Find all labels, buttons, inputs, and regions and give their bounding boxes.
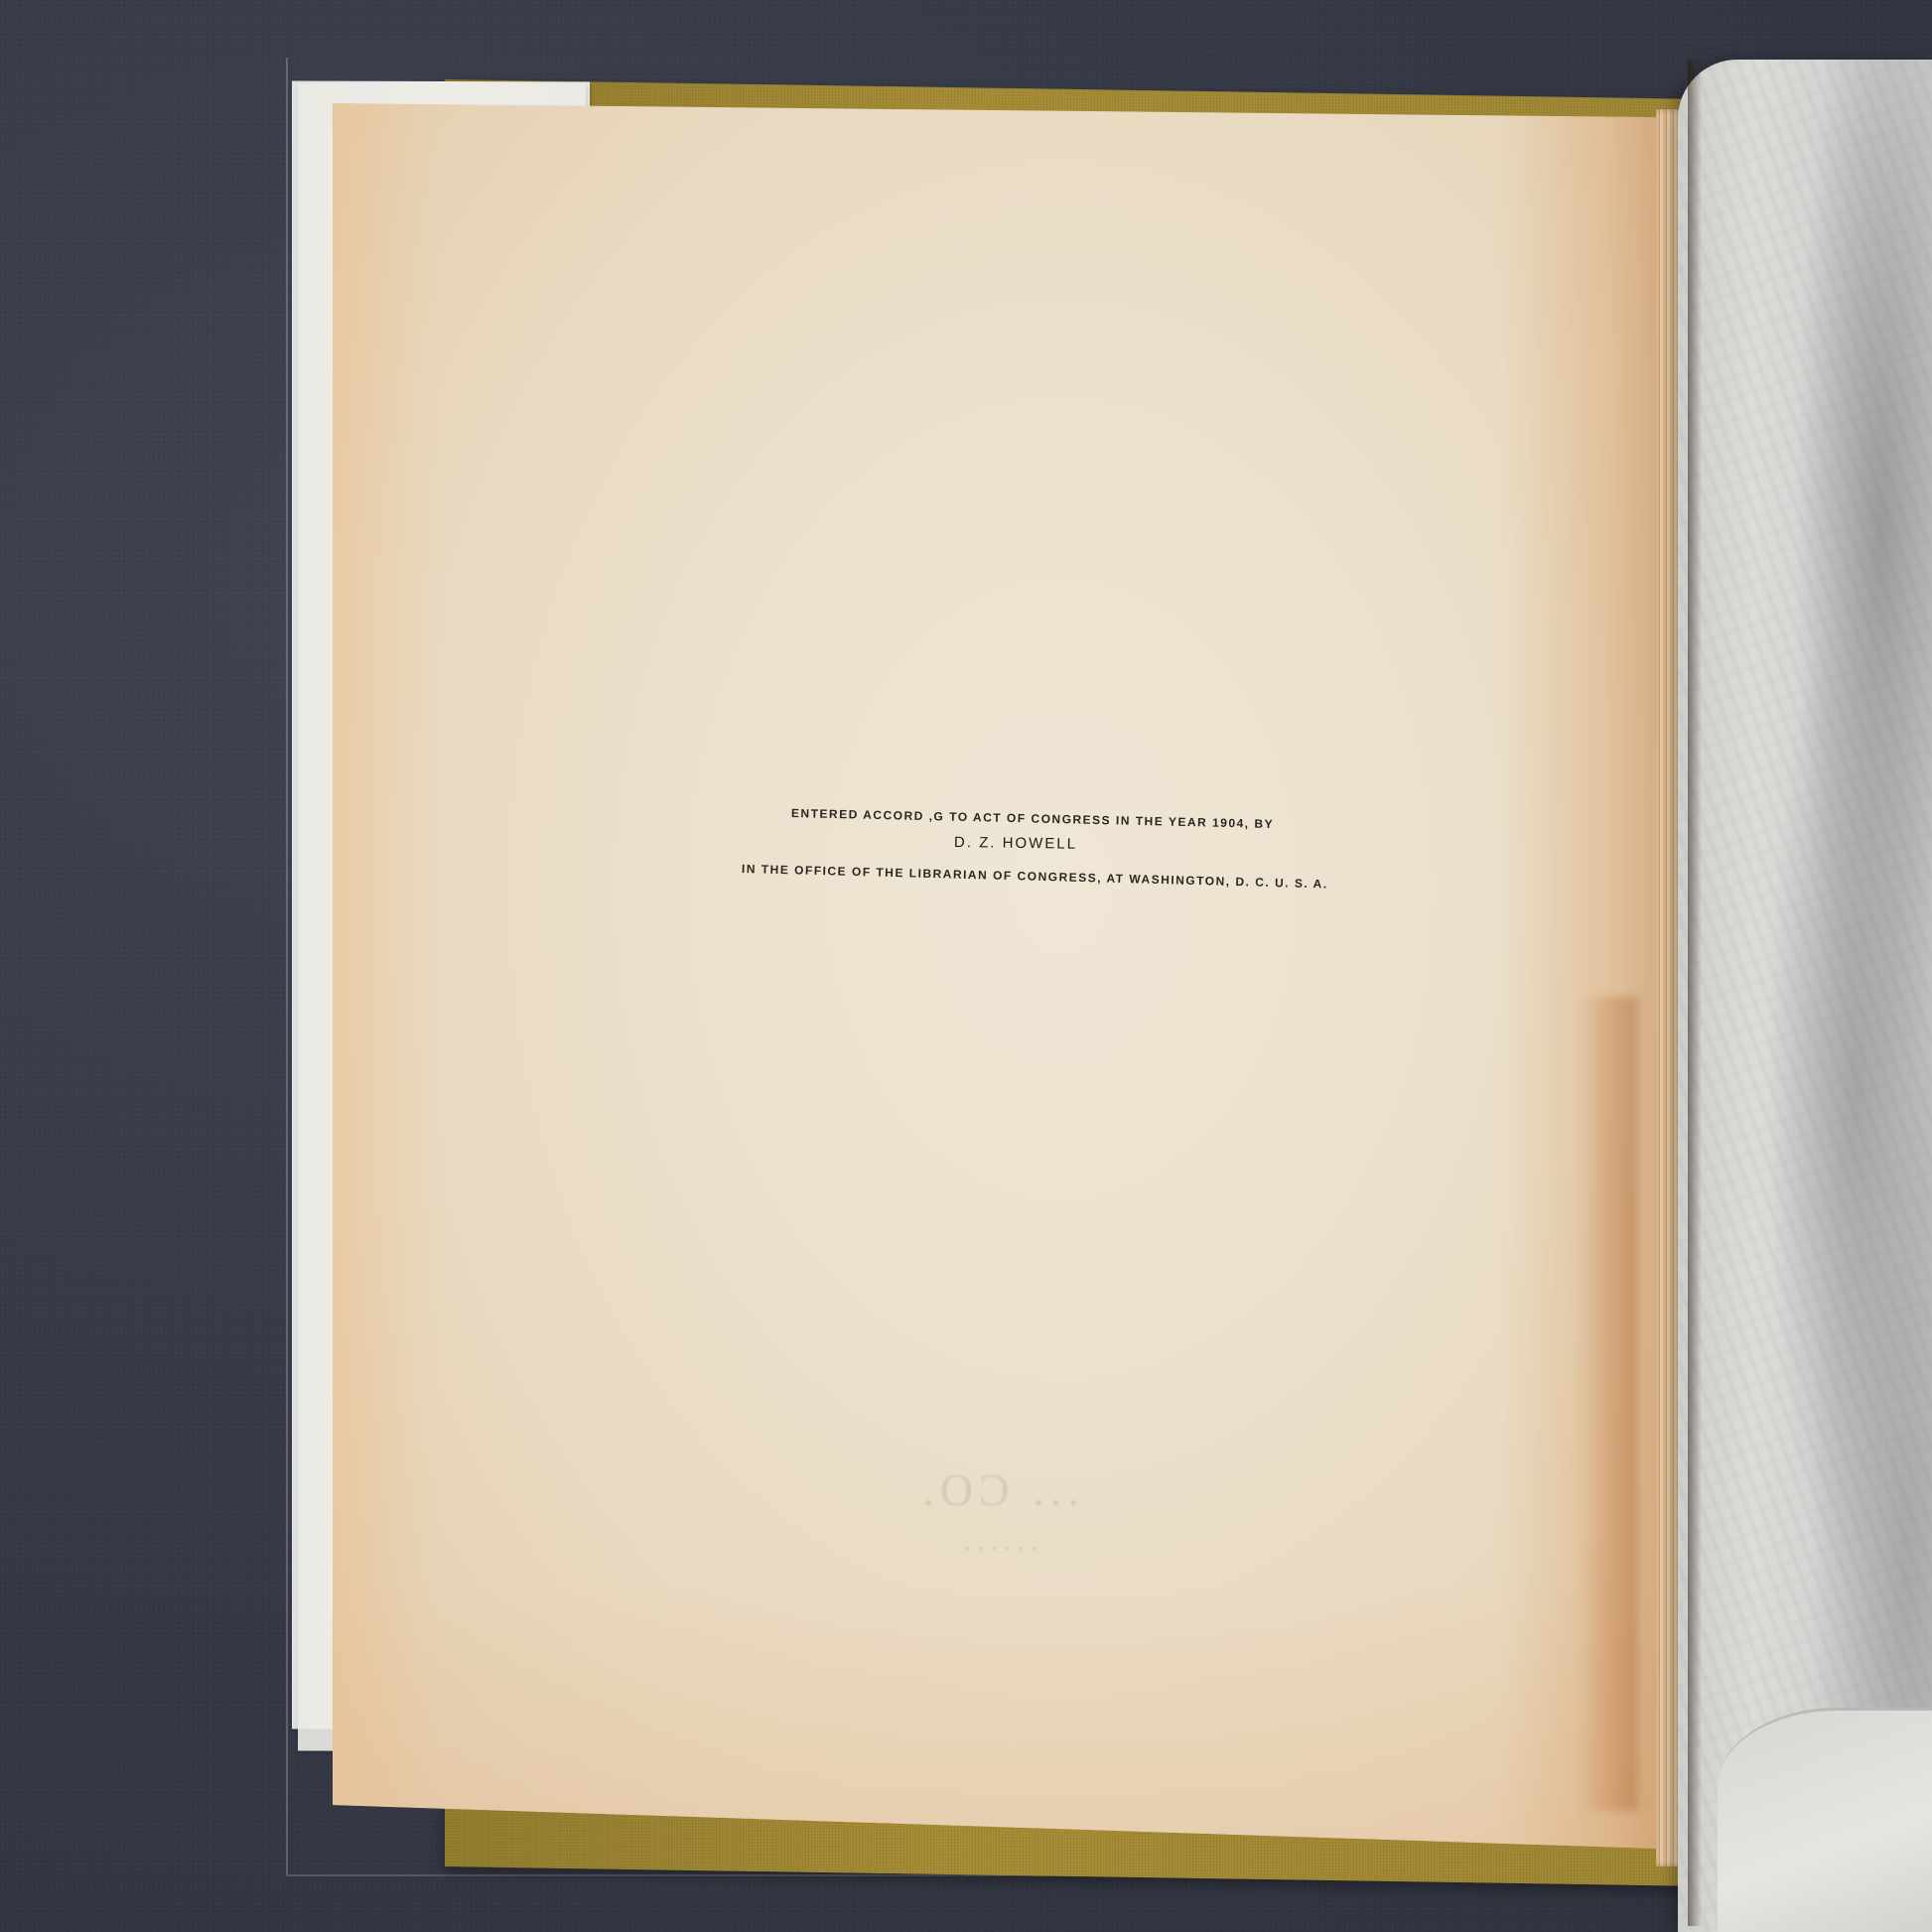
copyright-notice: ENTERED ACCORD ,G TO ACT OF CONGRESS IN … <box>333 103 1658 1849</box>
copyright-entry-line: ENTERED ACCORD ,G TO ACT OF CONGRESS IN … <box>791 806 1274 831</box>
spine-shadow <box>1688 60 1702 1926</box>
copyright-page: ENTERED ACCORD ,G TO ACT OF CONGRESS IN … <box>333 103 1658 1849</box>
bleed-through-line-1: ... CO. <box>916 1464 1078 1515</box>
copyright-author: D. Z. HOWELL <box>954 834 1077 853</box>
map-page-curl <box>1718 1708 1932 1932</box>
map-page <box>1678 60 1932 1932</box>
copyright-office-line: IN THE OFFICE OF THE LIBRARIAN OF CONGRE… <box>742 862 1328 891</box>
bleed-through-line-2: ...... <box>720 1524 1276 1558</box>
bleed-through-text: ... CO. ...... <box>720 1463 1276 1558</box>
